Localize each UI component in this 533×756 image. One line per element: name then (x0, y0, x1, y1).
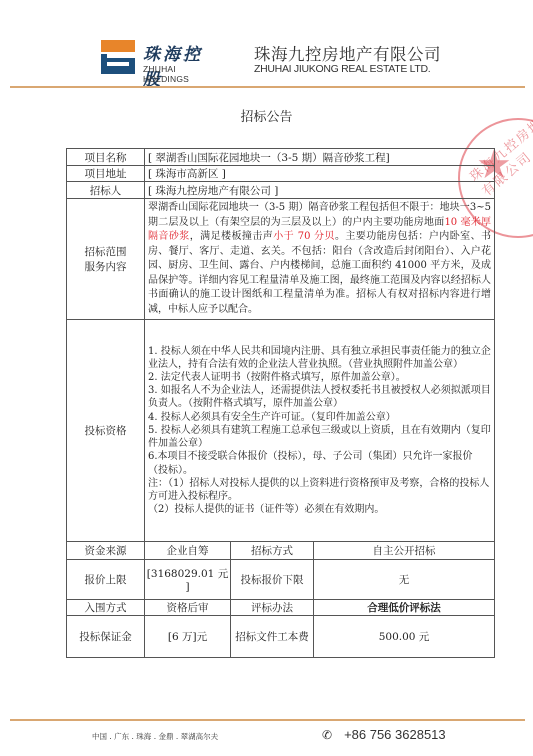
footer-phone: ✆+86 756 3628513 (322, 727, 446, 742)
scope-label-line2: 服务内容 (67, 259, 144, 274)
footer-divider (10, 719, 525, 721)
qualification-item: 6.本项目不接受联合体报价（投标），母、子公司（集团）只允许一家报价（投标）。 (148, 450, 491, 476)
qualification-label: 投标资格 (67, 320, 145, 542)
tender-method-value: 自主公开招标 (314, 542, 495, 560)
project-name-value: [ 翠湖香山国际花园地块一（3-5 期）隔音砂浆工程] (145, 149, 495, 166)
tenderer-value: [ 珠海九控房地产有限公司 ] (145, 182, 495, 199)
qualification-list: 1. 投标人须在中华人民共和国境内注册、具有独立承担民事责任能力的独立企业法人，… (145, 320, 495, 542)
table-row-project-address: 项目地址 [ 珠海市高新区 ] (67, 166, 495, 182)
qualification-item: 4. 投标人必须具有安全生产许可证。（复印件加盖公章） (148, 411, 491, 424)
shortlist-method-value: 资格后审 (145, 600, 231, 616)
project-name-label: 项目名称 (67, 149, 145, 166)
qualification-item: 3. 如报名人不为企业法人，还需提供法人授权委托书且被授权人必须拟派项目负责人。… (148, 384, 491, 410)
qualification-note: （2）投标人提供的证书（证件等）必须在有效期内。 (148, 503, 491, 516)
evaluation-method-label: 评标办法 (231, 600, 314, 616)
logo-mark-icon (101, 40, 135, 74)
tenderer-label: 招标人 (67, 182, 145, 199)
project-address-label: 项目地址 (67, 166, 145, 182)
qualification-item: 2. 法定代表人证明书（按附件格式填写，原件加盖公章）。 (148, 371, 491, 384)
table-row-funding: 资金来源 企业自筹 招标方式 自主公开招标 (67, 542, 495, 560)
tender-info-table: 项目名称 [ 翠湖香山国际花园地块一（3-5 期）隔音砂浆工程] 项目地址 [ … (66, 148, 495, 658)
funding-source-label: 资金来源 (67, 542, 145, 560)
phone-number: +86 756 3628513 (344, 727, 446, 742)
evaluation-method-value: 合理低价评标法 (314, 600, 495, 616)
scope-highlight-decibel: 小于 70 分贝 (273, 231, 335, 242)
table-row-price: 报价上限 [3168029.01 元 ] 投标报价下限 无 (67, 560, 495, 600)
price-floor-label: 投标报价下限 (231, 560, 314, 600)
logo-english-name: ZHUHAI HOLDINGS (143, 64, 221, 84)
table-row-tenderer: 招标人 [ 珠海九控房地产有限公司 ] (67, 182, 495, 199)
scope-label: 招标范围 服务内容 (67, 199, 145, 320)
project-address-value: [ 珠海市高新区 ] (145, 166, 495, 182)
company-name-chinese: 珠海九控房地产有限公司 (254, 41, 441, 65)
table-row-scope: 招标范围 服务内容 翠湖香山国际花园地块一（3-5 期）隔音砂浆工程包括但不限于… (67, 199, 495, 320)
table-row-qualification: 投标资格 1. 投标人须在中华人民共和国境内注册、具有独立承担民事责任能力的独立… (67, 320, 495, 542)
price-cap-label: 报价上限 (67, 560, 145, 600)
header-divider (10, 86, 525, 88)
scope-text-2: ，满足楼板撞击声 (190, 231, 273, 242)
document-fee-value: 500.00 元 (314, 616, 495, 658)
document-fee-label: 招标文件工本费 (231, 616, 314, 658)
qualification-item: 5. 投标人必须具有建筑工程施工总承包三级或以上资质，且在有效期内（复印件加盖公… (148, 424, 491, 450)
shortlist-method-label: 入围方式 (67, 600, 145, 616)
zhuhai-holdings-logo: 珠海控股 ZHUHAI HOLDINGS (101, 40, 221, 76)
scope-text-3: 。主要功能房包括：户内卧室、书房、餐厅、客厅、走道、玄关。不包括：阳台（含改造后… (148, 231, 491, 315)
price-cap-value: [3168029.01 元 ] (145, 560, 231, 600)
phone-icon: ✆ (322, 728, 332, 742)
company-name-english: ZHUHAI JIUKONG REAL ESTATE LTD. (254, 63, 430, 75)
table-row-deposit: 投标保证金 [6 万]元 招标文件工本费 500.00 元 (67, 616, 495, 658)
scope-text-1: 翠湖香山国际花园地块一（3-5 期）隔音砂浆工程包括但不限于：地块一3~5 期二… (148, 202, 491, 228)
price-floor-value: 无 (314, 560, 495, 600)
bid-deposit-label: 投标保证金 (67, 616, 145, 658)
bid-deposit-value: [6 万]元 (145, 616, 231, 658)
scope-label-line1: 招标范围 (67, 244, 144, 259)
qualification-item: 1. 投标人须在中华人民共和国境内注册、具有独立承担民事责任能力的独立企业法人，… (148, 345, 491, 371)
table-row-project-name: 项目名称 [ 翠湖香山国际花园地块一（3-5 期）隔音砂浆工程] (67, 149, 495, 166)
table-row-shortlist: 入围方式 资格后审 评标办法 合理低价评标法 (67, 600, 495, 616)
footer-address: 中国 . 广东 . 珠海 . 金鼎 . 翠湖高尔夫 (92, 731, 218, 742)
funding-source-value: 企业自筹 (145, 542, 231, 560)
qualification-note: 注：（1）招标人对投标人提供的以上资料进行资格预审及考察，合格的投标人方可进入投… (148, 477, 491, 503)
scope-description: 翠湖香山国际花园地块一（3-5 期）隔音砂浆工程包括但不限于：地块一3~5 期二… (145, 199, 495, 320)
letterhead: 珠海控股 ZHUHAI HOLDINGS 珠海九控房地产有限公司 ZHUHAI … (0, 0, 533, 86)
document-title: 招标公告 (0, 106, 533, 125)
tender-method-label: 招标方式 (231, 542, 314, 560)
